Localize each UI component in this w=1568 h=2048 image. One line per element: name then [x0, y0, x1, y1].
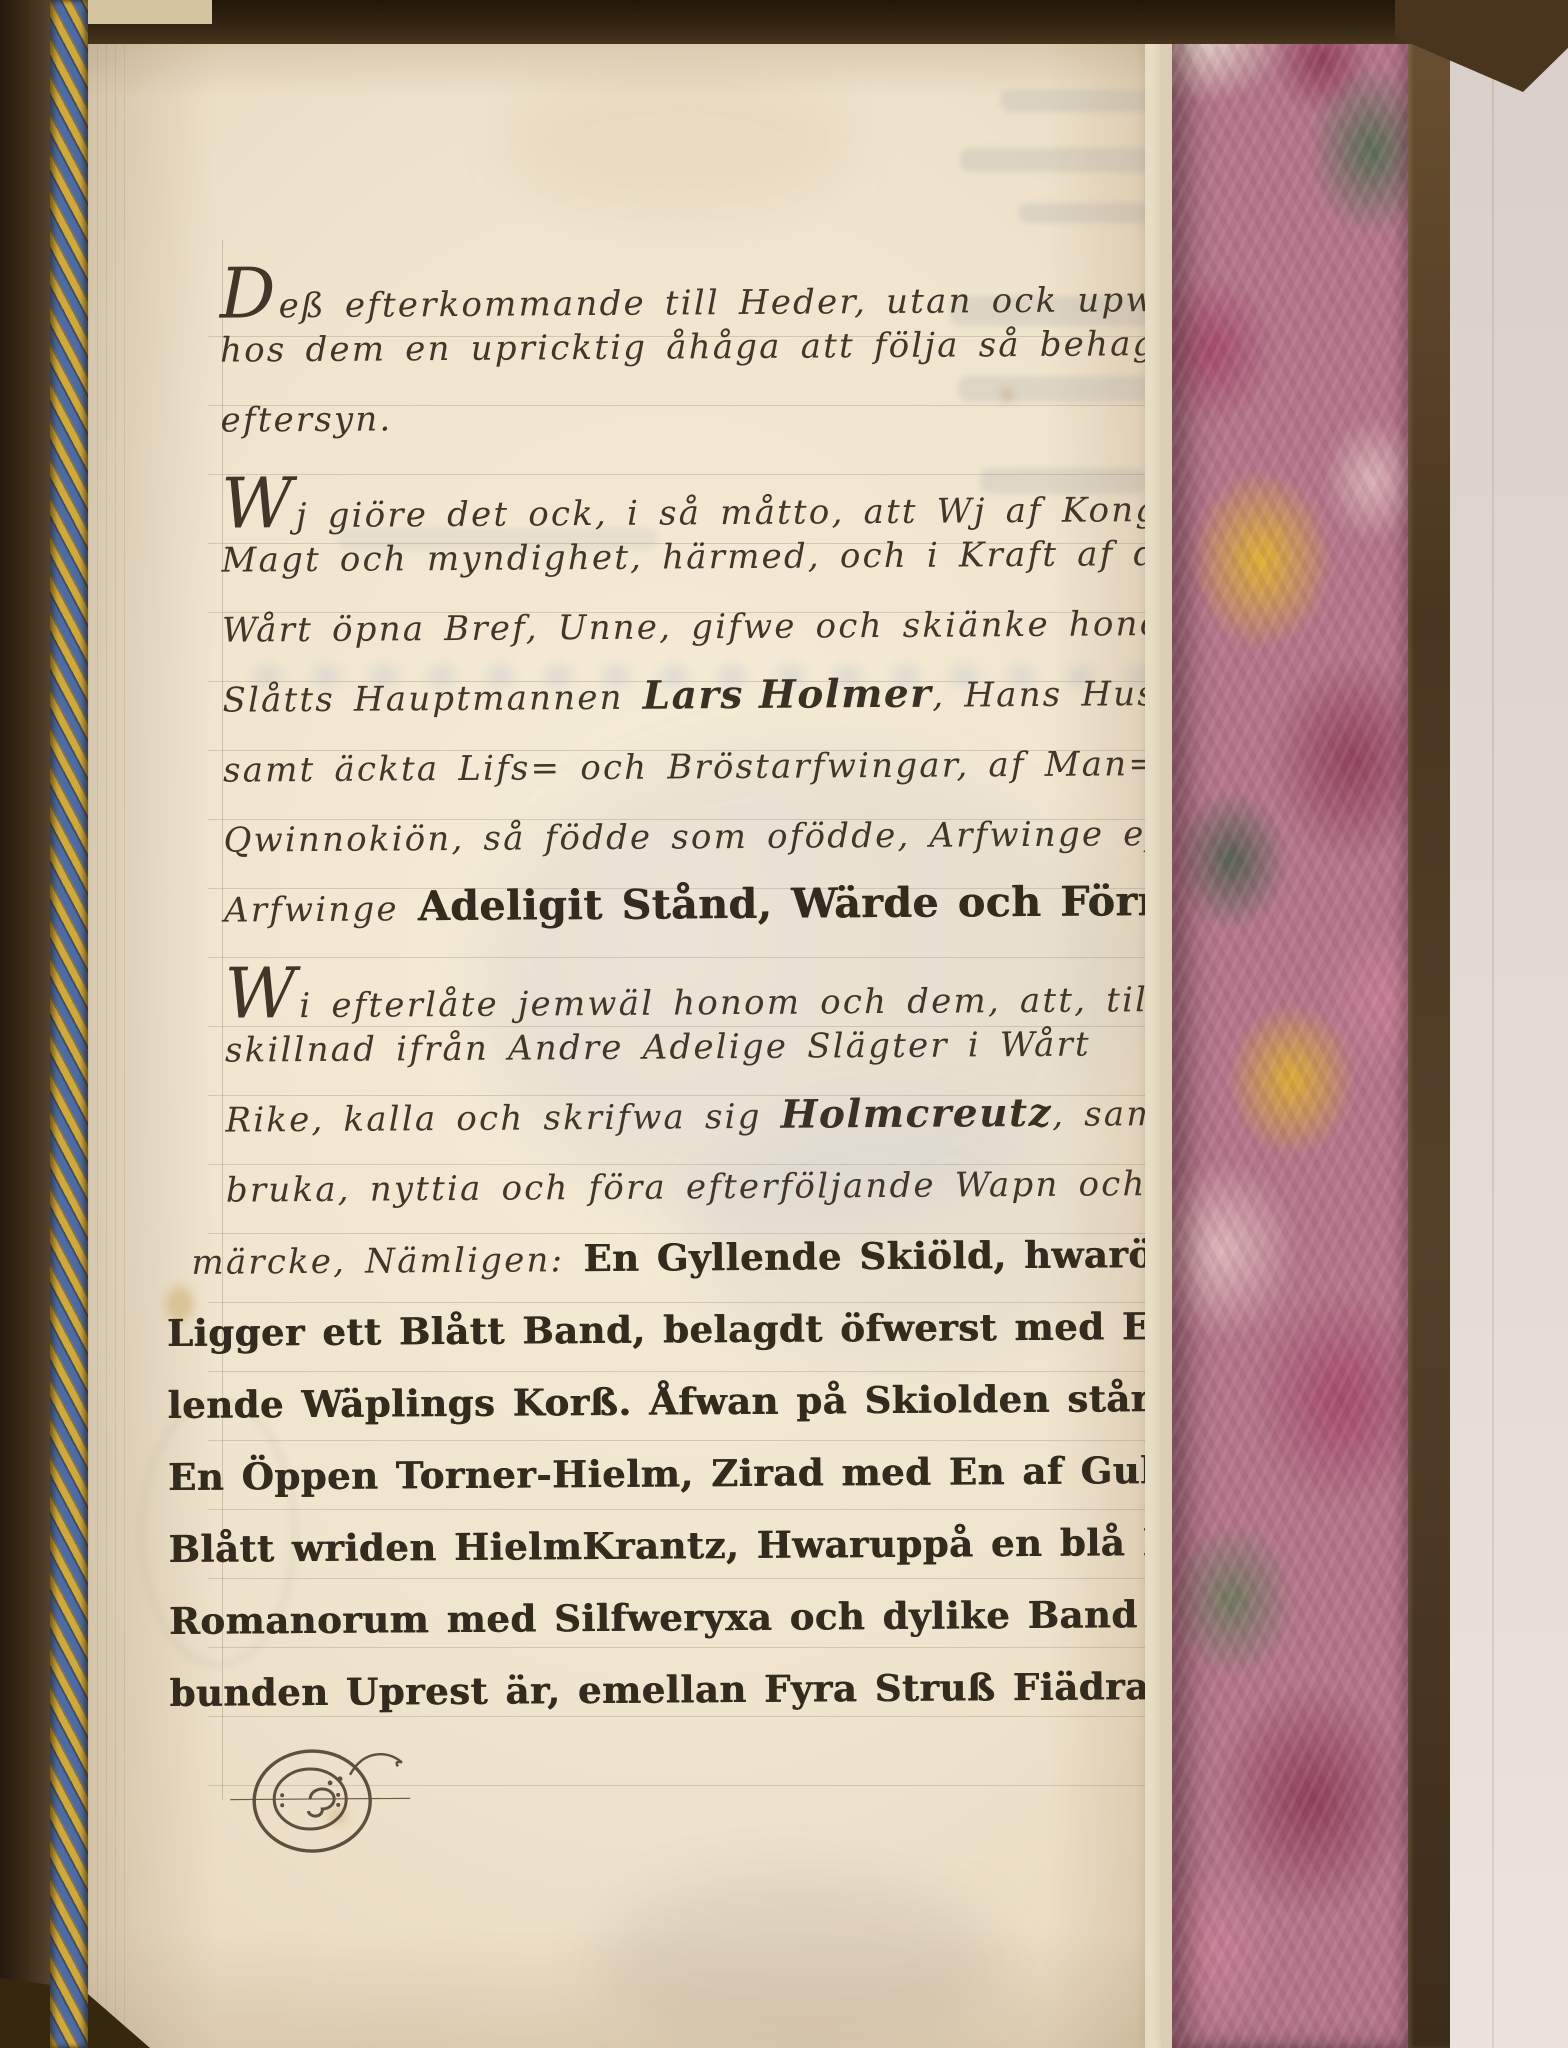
book-cover-top-edge: [0, 0, 1568, 44]
manuscript-text-segment: bruka, nyttia och föra efterföljande Wap…: [226, 1163, 1145, 1211]
manuscript-line: Magt och myndighet, härmed, och i Kraft …: [221, 526, 1145, 603]
personal-name: Lars Holmer: [643, 671, 933, 719]
manuscript-line: Wj giöre det ock, i så måtto, att Wj af …: [221, 456, 1145, 533]
manuscript-text-segment: samt äckta Lifs= och Bröstarfwingar, af …: [223, 743, 1145, 790]
manuscript-line: bunden Uprest är, emellan Fyra Struß Fiä…: [169, 1658, 1145, 1738]
photo-background: [1450, 0, 1568, 2048]
marbled-endpaper: [1172, 0, 1408, 2048]
bleed-through-ghost: [960, 148, 1145, 172]
manuscript-text-segment: bunden Uprest är, emellan Fyra Struß Fiä…: [169, 1663, 1145, 1715]
manuscript-text-segment: Qwinnokiön, så födde som ofödde, Arfwing…: [223, 814, 1145, 861]
book-cover-left-edge: [0, 0, 50, 2048]
manuscript-line: Qwinnokiön, så födde som ofödde, Arfwing…: [223, 806, 1145, 883]
page-stack-edges: [88, 28, 130, 2048]
manuscript-line: Blått wriden HielmKrantz, Hwaruppå en bl…: [168, 1514, 1145, 1594]
manuscript-text-segment: eftersyn.: [220, 399, 392, 440]
manuscript-line: En Öppen Torner-Hielm, Zirad med En af G…: [168, 1442, 1145, 1522]
manuscript-line: Rike, kalla och skrifwa sig Holmcreutz, …: [225, 1086, 1145, 1163]
manuscript-line: Slåtts Hauptmannen Lars Holmer, Hans Hus…: [222, 666, 1145, 743]
manuscript-line: Romanorum med Silfweryxa och dylike Band…: [169, 1586, 1145, 1666]
manuscript-text-segment: Wårt öpna Bref, Unne, gifwe och skiänke …: [222, 604, 1145, 651]
manuscript-text-segment: Arfwinge: [224, 889, 418, 930]
manuscript-line: märcke, Nämligen: En Gyllende Skiöld, hw…: [191, 1226, 1145, 1305]
manuscript-text-segment: En Gyllende Skiöld, hwaröfwer: [583, 1231, 1145, 1280]
manuscript-text-segment: Slåtts Hauptmannen: [222, 678, 642, 721]
manuscript-line: samt äckta Lifs= och Bröstarfwingar, af …: [223, 736, 1145, 813]
manuscript-line: skillnad ifrån Andre Adelige Slägter i W…: [225, 1016, 1145, 1093]
manuscript-text-segment: skillnad ifrån Andre Adelige Slägter i W…: [225, 1025, 1091, 1071]
manuscript-line: Wårt öpna Bref, Unne, gifwe och skiänke …: [222, 596, 1145, 673]
manuscript-line: hos dem en upricktig åhåga att följa så …: [220, 316, 1145, 393]
manuscript-line: bruka, nyttia och föra efterföljande Wap…: [226, 1156, 1145, 1233]
manuscript-text-block: Deß efterkommande till Heder, utan ock u…: [219, 246, 1145, 1861]
page-deckle-edge: [1161, 0, 1172, 2048]
smudge: [600, 1878, 1000, 2048]
bleed-through-ghost: [1000, 90, 1145, 112]
manuscript-line: Arfwinge Adeligit Stånd, Wärde och Förmo…: [224, 876, 1145, 953]
manuscript-text-segment: Rike, kalla och skrifwa sig: [225, 1097, 780, 1141]
page-deckle-edge: [1145, 0, 1161, 2048]
manuscript-text-segment: , Hans Hustru –: [932, 673, 1145, 715]
manuscript-text-segment: Blått wriden HielmKrantz, Hwaruppå en bl…: [168, 1519, 1145, 1571]
manuscript-text-segment: Adeligit Stånd, Wärde och Förmoner.: [418, 876, 1145, 930]
manuscript-text-segment: hos dem en upricktig åhåga att följa så …: [220, 324, 1145, 371]
manuscript-text-segment: , samt: [1052, 1094, 1145, 1135]
manuscript-line: lende Wäplings Korß. Åfwan på Skiolden s…: [167, 1370, 1145, 1450]
manuscript-text-segment: Ligger ett Blått Band, belagdt öfwerst m…: [167, 1303, 1145, 1355]
leather-cover-edge: [1408, 0, 1450, 2048]
background-crease: [1492, 0, 1494, 2048]
endpaper-texture: [1172, 0, 1408, 2048]
smudge: [508, 68, 848, 218]
manuscript-photo: Deß efterkommande till Heder, utan ock u…: [0, 0, 1568, 2048]
manuscript-line: Ligger ett Blått Band, belagdt öfwerst m…: [167, 1298, 1145, 1378]
manuscript-text-segment: En Öppen Torner-Hielm, Zirad med En af G…: [168, 1447, 1145, 1499]
sewing-cord: [50, 0, 88, 2048]
bleed-through-ghost: [1018, 203, 1145, 223]
manuscript-page: Deß efterkommande till Heder, utan ock u…: [88, 28, 1145, 2048]
family-name: Holmcreutz: [780, 1090, 1052, 1138]
spiral-end-flourish-icon: [230, 1738, 411, 1857]
manuscript-line: Deß efterkommande till Heder, utan ock u…: [219, 246, 1145, 323]
manuscript-text-segment: Romanorum med Silfweryxa och dylike Band…: [169, 1591, 1145, 1643]
manuscript-text-segment: lende Wäplings Korß. Åfwan på Skiolden s…: [167, 1376, 1145, 1427]
manuscript-line: Wi efterlåte jemwäl honom och dem, att, …: [224, 946, 1145, 1023]
manuscript-text-segment: märcke, Nämligen:: [191, 1240, 583, 1283]
manuscript-text-segment: Magt och myndighet, härmed, och i Kraft …: [221, 534, 1145, 581]
manuscript-line: eftersyn.: [220, 386, 1145, 463]
